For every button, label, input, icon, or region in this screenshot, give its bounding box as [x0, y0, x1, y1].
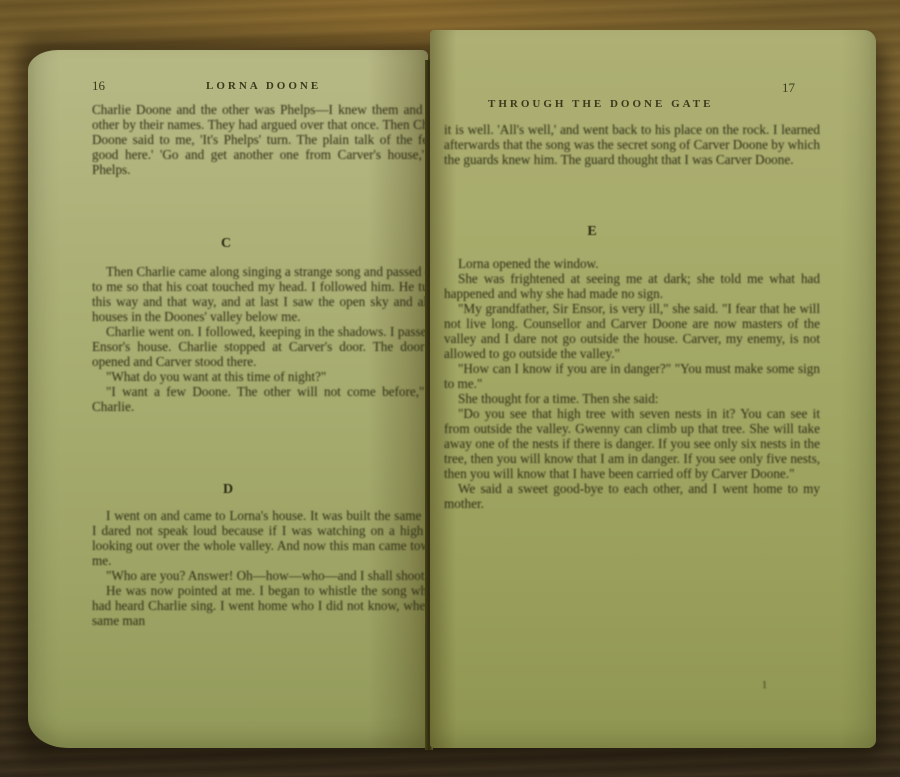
- paragraph: it is well. 'All's well,' and went back …: [444, 122, 820, 167]
- right-page: THROUGH THE DOONE GATE 17 it is well. 'A…: [430, 30, 876, 748]
- left-page: 16 LORNA DOONE Charlie Doone and the oth…: [28, 50, 428, 748]
- printer-mark: 1: [762, 680, 767, 691]
- section-heading-c: C: [216, 236, 236, 252]
- paragraph: "Do you see that high tree with seven ne…: [444, 406, 820, 481]
- right-running-head: THROUGH THE DOONE GATE: [488, 98, 713, 110]
- paragraph: "My grandfather, Sir Ensor, is very ill,…: [444, 301, 820, 361]
- right-top-text: it is well. 'All's well,' and went back …: [444, 122, 820, 167]
- left-running-head: LORNA DOONE: [206, 80, 321, 92]
- section-e-text: Lorna opened the window. She was frighte…: [444, 256, 820, 511]
- right-page-number: 17: [782, 80, 795, 96]
- paragraph: "What do you want at this time of night?…: [92, 369, 428, 384]
- paragraph: She thought for a time. Then she said:: [444, 391, 820, 406]
- paragraph: "Who are you? Answer! Oh—how—who—and I s…: [92, 568, 428, 583]
- paragraph: Charlie went on. I followed, keeping in …: [92, 324, 428, 369]
- paragraph: Charlie Doone and the other was Phelps—I…: [92, 102, 428, 177]
- section-heading-d: D: [218, 482, 238, 498]
- paragraph: Lorna opened the window.: [444, 256, 820, 271]
- left-page-number: 16: [92, 78, 105, 94]
- section-d-text: I went on and came to Lorna's house. It …: [92, 508, 428, 628]
- paragraph: I went on and came to Lorna's house. It …: [92, 508, 428, 568]
- paragraph: She was frightened at seeing me at dark;…: [444, 271, 820, 301]
- paragraph: Then Charlie came along singing a strang…: [92, 264, 428, 324]
- paragraph: He was now pointed at me. I began to whi…: [92, 583, 428, 628]
- left-top-text: Charlie Doone and the other was Phelps—I…: [92, 102, 428, 177]
- section-heading-e: E: [582, 224, 602, 240]
- paragraph: We said a sweet good-bye to each other, …: [444, 481, 820, 511]
- paragraph: "How can I know if you are in danger?" "…: [444, 361, 820, 391]
- paragraph: "I want a few Doone. The other will not …: [92, 384, 428, 414]
- section-c-text: Then Charlie came along singing a strang…: [92, 264, 428, 414]
